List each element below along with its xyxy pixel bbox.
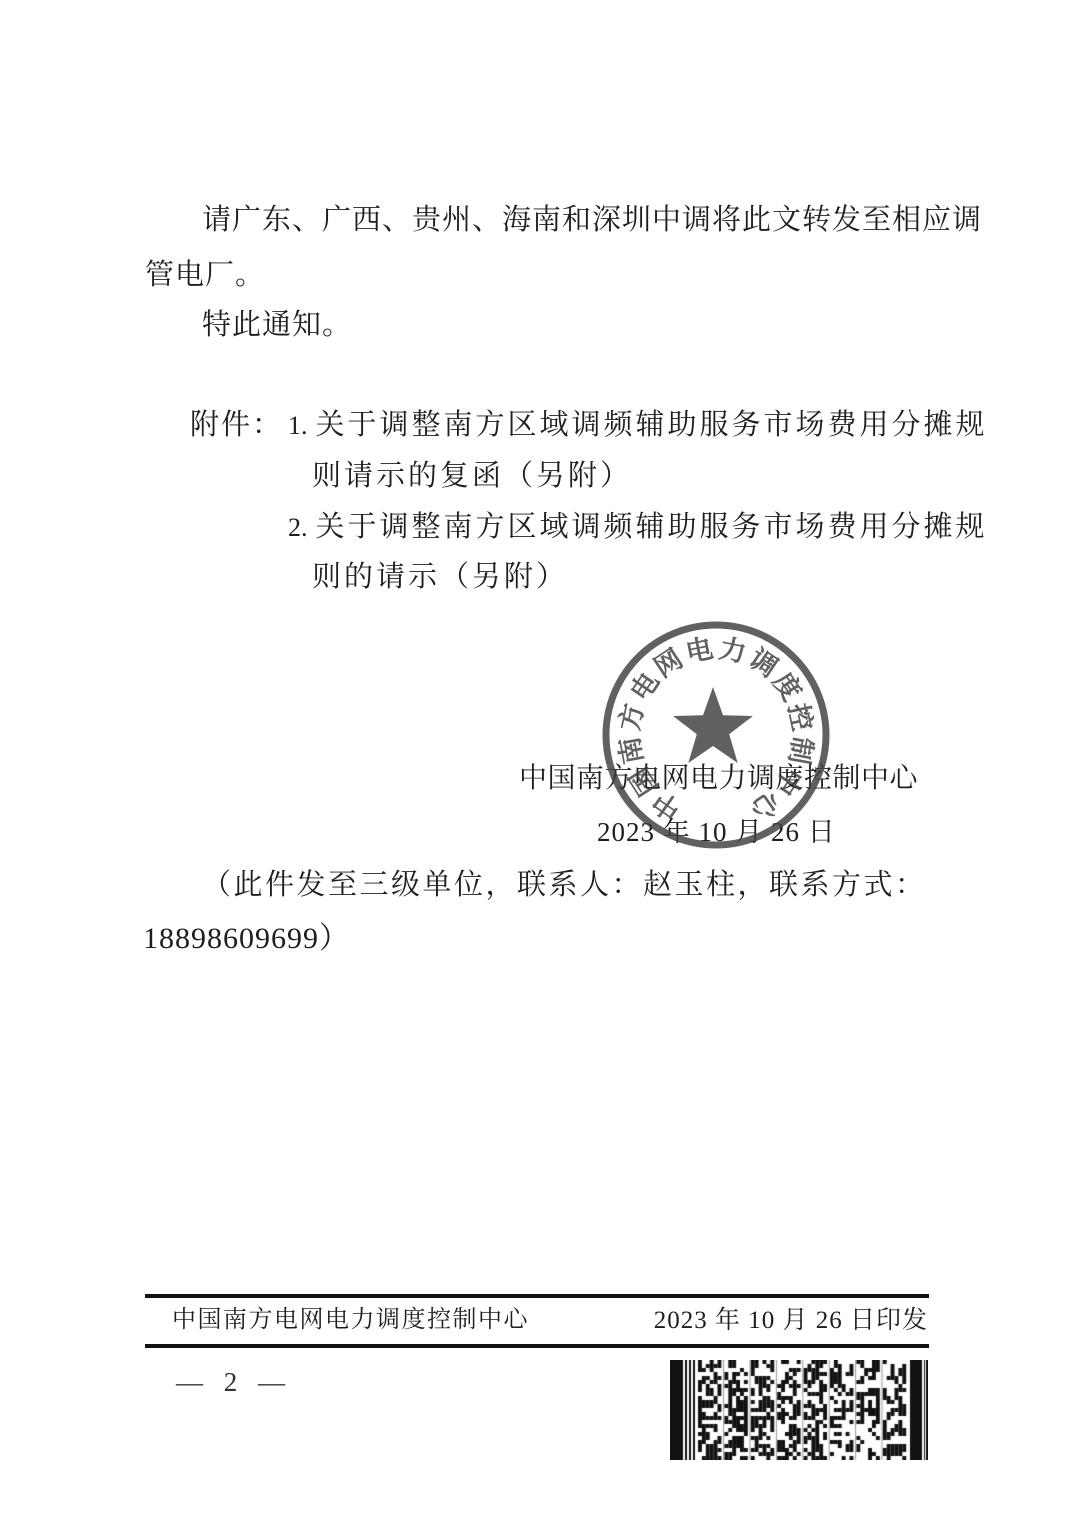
- attachment-2-title-line-2: 则的请示（另附）: [312, 563, 568, 592]
- attachment-1-title-line-1: 关于调整南方区域调频辅助服务市场费用分摊规: [316, 409, 988, 441]
- svg-text:心: 心: [745, 785, 785, 826]
- svg-text:电: 电: [683, 633, 715, 668]
- attachment-1-title-line-2: 则请示的复函（另附）: [312, 462, 632, 491]
- attachment-1-number: 1.: [288, 411, 308, 440]
- footer-rule-bottom: [145, 1344, 929, 1348]
- document-page: 请广东、广西、贵州、海南和深圳中调将此文转发至相应调 管电厂。 特此通知。 附件…: [0, 0, 1080, 1527]
- closing-phrase: 特此通知。: [202, 311, 352, 340]
- svg-text:力: 力: [716, 633, 748, 668]
- page-number: — 2 —: [176, 1369, 285, 1396]
- svg-text:控: 控: [783, 701, 818, 734]
- footer-issuer: 中国南方电网电力调度控制中心: [172, 1308, 529, 1332]
- footer-rule-top: [145, 1294, 929, 1298]
- svg-text:南: 南: [614, 735, 648, 767]
- document-barcode: [670, 1360, 928, 1460]
- seal-star-icon: [673, 687, 753, 763]
- body-paragraph-line-1: 请广东、广西、贵州、海南和深圳中调将此文转发至相应调: [202, 206, 982, 235]
- svg-text:方: 方: [613, 701, 649, 734]
- attachments-label: 附件：: [190, 411, 283, 440]
- contact-note-line-1: （此件发至三级单位，联系人：赵玉柱，联系方式：: [202, 871, 927, 900]
- attachment-2-title-line-1: 关于调整南方区域调频辅助服务市场费用分摊规: [316, 511, 988, 543]
- attachment-2-number: 2.: [288, 513, 308, 542]
- official-seal-stamp: 中国南方电网电力调度控制中心: [594, 614, 839, 859]
- footer-print-date: 2023 年 10 月 26 日印发: [654, 1308, 928, 1333]
- contact-note-line-2: 18898609699）: [143, 924, 350, 954]
- body-paragraph-line-2: 管电厂。: [145, 261, 265, 290]
- attachment-item-1: 1.关于调整南方区域调频辅助服务市场费用分摊规: [288, 411, 988, 440]
- attachment-item-2: 2.关于调整南方区域调频辅助服务市场费用分摊规: [288, 513, 988, 542]
- svg-text:制: 制: [783, 735, 817, 767]
